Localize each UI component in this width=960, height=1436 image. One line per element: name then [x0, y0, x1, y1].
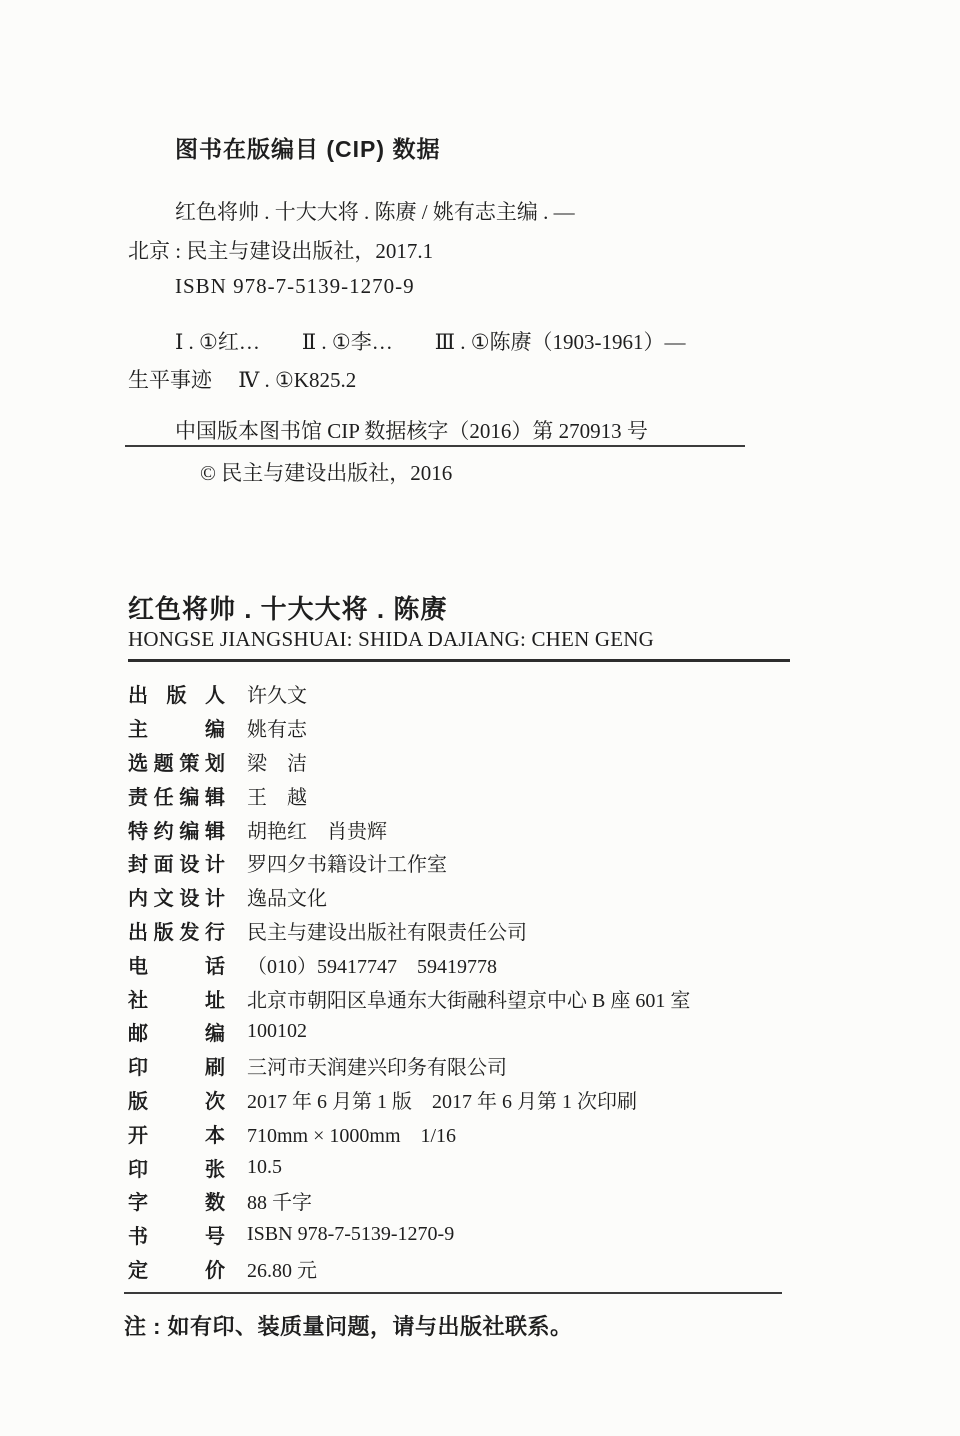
colophon-label: 出版人	[128, 679, 225, 708]
colophon-value: 100102	[247, 1020, 307, 1043]
colophon-label: 定价	[128, 1254, 225, 1283]
colophon-label: 版次	[128, 1085, 225, 1114]
colophon-value: 梁 洁	[247, 747, 307, 776]
colophon-value: 88 千字	[247, 1186, 312, 1215]
colophon-value: 胡艳红 肖贵辉	[247, 815, 387, 844]
colophon-row-book-number: 书号 ISBN 978-7-5139-1270-9	[128, 1218, 828, 1252]
colophon-row-printer: 印刷 三河市天润建兴印务有限公司	[128, 1049, 828, 1083]
copyright-line: © 民主与建设出版社，2016	[200, 457, 452, 487]
colophon-row-phone: 电话 （010）59417747 59419778	[128, 947, 828, 981]
colophon-row-word-count: 字数 88 千字	[128, 1184, 828, 1218]
colophon-value: 10.5	[247, 1156, 282, 1179]
colophon-label: 内文设计	[128, 882, 225, 911]
cip-description-line1: 红色将帅 . 十大大将 . 陈赓 / 姚有志主编 . —	[175, 196, 575, 226]
colophon-row-responsible-editor: 责任编辑 王 越	[128, 778, 828, 812]
colophon-label: 特约编辑	[128, 815, 225, 844]
colophon-value: 三河市天润建兴印务有限公司	[247, 1051, 507, 1080]
colophon-row-publisher: 出版发行 民主与建设出版社有限责任公司	[128, 914, 828, 948]
divider-rule-top	[125, 445, 745, 447]
colophon-value: 王 越	[247, 781, 307, 810]
colophon-row-cover-design: 封面设计 罗四夕书籍设计工作室	[128, 846, 828, 880]
colophon-value: 2017 年 6 月第 1 版 2017 年 6 月第 1 次印刷	[247, 1085, 637, 1114]
cip-heading: 图书在版编目 (CIP) 数据	[175, 131, 440, 164]
divider-rule-bottom	[124, 1292, 782, 1294]
copyright-page: 图书在版编目 (CIP) 数据 红色将帅 . 十大大将 . 陈赓 / 姚有志主编…	[0, 0, 960, 1436]
colophon-value: （010）59417747 59419778	[247, 950, 497, 979]
colophon-value: ISBN 978-7-5139-1270-9	[247, 1223, 454, 1246]
colophon-value: 逸品文化	[247, 882, 327, 911]
cip-isbn-line: ISBN 978-7-5139-1270-9	[175, 274, 415, 299]
colophon-label: 封面设计	[128, 848, 225, 877]
colophon-label: 出版发行	[128, 916, 225, 945]
colophon-label: 印张	[128, 1153, 225, 1182]
colophon-row-topic-planning: 选题策划 梁 洁	[128, 745, 828, 779]
colophon-label: 印刷	[128, 1051, 225, 1080]
colophon-list: 出版人 许久文 主编 姚有志 选题策划 梁 洁 责任编辑 王 越 特约编辑 胡艳…	[128, 677, 828, 1285]
colophon-label: 字数	[128, 1186, 225, 1215]
cip-classification-line2: 生平事迹 Ⅳ . ①K825.2	[128, 364, 356, 394]
colophon-row-postcode: 邮编 100102	[128, 1015, 828, 1049]
colophon-value: 26.80 元	[247, 1254, 317, 1283]
footer-note: 注 : 如有印、装质量问题，请与出版社联系。	[124, 1310, 573, 1341]
colophon-row-edition: 版次 2017 年 6 月第 1 版 2017 年 6 月第 1 次印刷	[128, 1083, 828, 1117]
colophon-label: 责任编辑	[128, 781, 225, 810]
book-title: 红色将帅 . 十大大将 . 陈赓	[128, 589, 447, 626]
colophon-label: 电话	[128, 950, 225, 979]
colophon-value: 民主与建设出版社有限责任公司	[247, 916, 527, 945]
colophon-row-chief-editor: 主编 姚有志	[128, 711, 828, 745]
colophon-label: 开本	[128, 1119, 225, 1148]
colophon-row-contract-editor: 特约编辑 胡艳红 肖贵辉	[128, 812, 828, 846]
colophon-label: 邮编	[128, 1017, 225, 1046]
colophon-label: 选题策划	[128, 747, 225, 776]
colophon-row-address: 社址 北京市朝阳区阜通东大街融科望京中心 B 座 601 室	[128, 981, 828, 1015]
colophon-value: 罗四夕书籍设计工作室	[247, 848, 447, 877]
colophon-label: 书号	[128, 1220, 225, 1249]
colophon-value: 许久文	[247, 679, 307, 708]
colophon-value: 北京市朝阳区阜通东大街融科望京中心 B 座 601 室	[247, 984, 690, 1013]
colophon-row-interior-design: 内文设计 逸品文化	[128, 880, 828, 914]
book-title-pinyin: HONGSE JIANGSHUAI: SHIDA DAJIANG: CHEN G…	[128, 627, 654, 652]
colophon-row-format: 开本 710mm × 1000mm 1/16	[128, 1116, 828, 1150]
colophon-label: 主编	[128, 713, 225, 742]
colophon-row-price: 定价 26.80 元	[128, 1252, 828, 1286]
colophon-value: 710mm × 1000mm 1/16	[247, 1119, 456, 1148]
colophon-label: 社址	[128, 984, 225, 1013]
colophon-value: 姚有志	[247, 713, 307, 742]
cip-description-line2: 北京 : 民主与建设出版社，2017.1	[128, 235, 433, 265]
divider-rule-title	[128, 659, 790, 662]
colophon-row-publisher-person: 出版人 许久文	[128, 677, 828, 711]
colophon-row-sheets: 印张 10.5	[128, 1150, 828, 1184]
cip-classification-line1: Ⅰ . ①红… Ⅱ . ①李… Ⅲ . ①陈赓（1903-1961）—	[175, 326, 686, 356]
cip-record-number: 中国版本图书馆 CIP 数据核字（2016）第 270913 号	[175, 415, 648, 445]
